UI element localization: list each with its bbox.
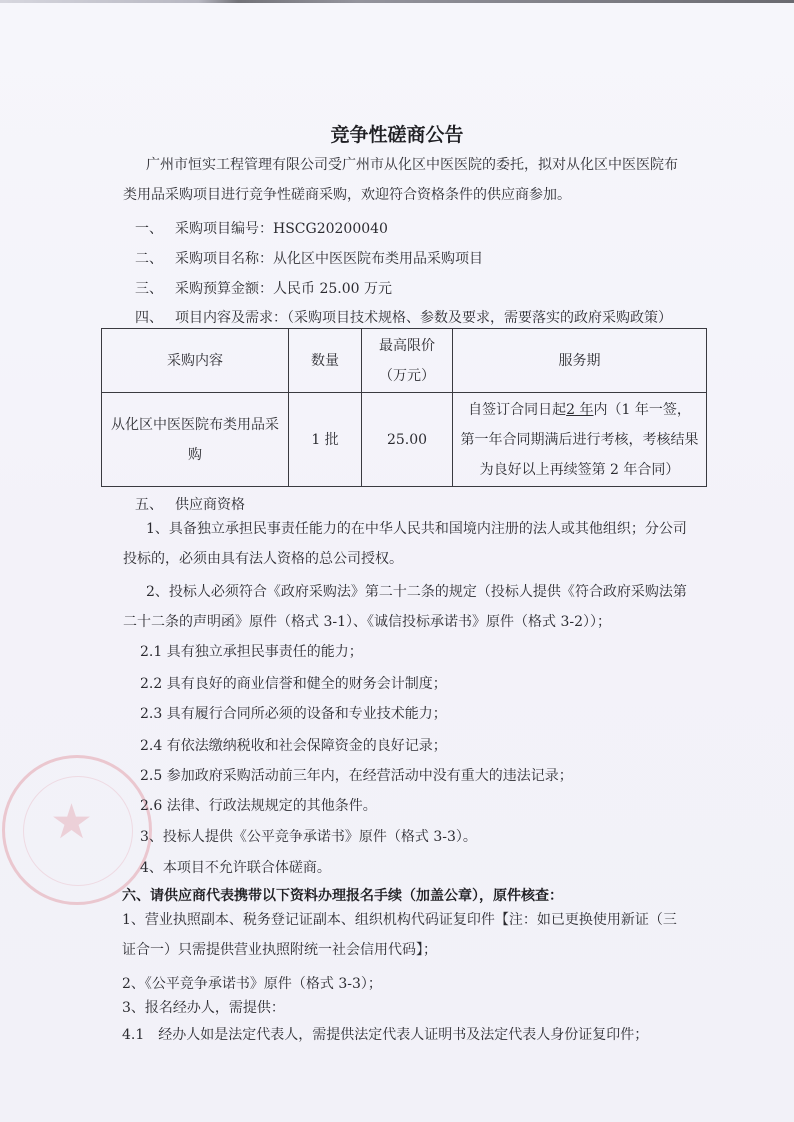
service-text-pre: 自签订合同日起: [468, 402, 566, 418]
section-text: 项目内容及需求：（采购项目技术规格、参数及要求，需要落实的政府采购政策）: [175, 310, 672, 326]
table-row: 从化区中医医院布类用品采 购 1 批 25.00 自签订合同日起2 年内（1 年…: [102, 393, 707, 487]
header-max-price-line1: 最高限价: [368, 331, 446, 361]
cell-service-line1: 自签订合同日起2 年内（1 年一签，: [459, 395, 700, 425]
qualification-item: 2.3 具有履行合同所必须的设备和专业技术能力；: [140, 706, 447, 722]
qualification-item: 2.2 具有良好的商业信誉和健全的财务会计制度；: [140, 676, 447, 692]
qualification-item: 2.5 参加政府采购活动前三年内，在经营活动中没有重大的违法记录；: [140, 768, 573, 784]
qualification-item: 2、投标人必须符合《政府采购法》第二十二条的规定（投标人提供《符合政府采购法第: [146, 584, 687, 600]
section-text: 采购项目编号：HSCG20200040: [175, 221, 388, 237]
qualification-item: 2.1 具有独立承担民事责任的能力；: [140, 644, 363, 660]
registration-item: 3、报名经办人，需提供：: [122, 1000, 285, 1016]
section-number: 一、: [135, 221, 175, 237]
header-max-price: 最高限价 （万元）: [362, 329, 453, 393]
cell-service-line2: 第一年合同期满后进行考核，考核结果: [459, 425, 700, 455]
section-number: 二、: [135, 251, 175, 267]
header-service-period: 服务期: [453, 329, 707, 393]
section-number: 四、: [135, 310, 175, 326]
scan-edge: [0, 0, 794, 3]
header-quantity: 数量: [289, 329, 362, 393]
seal-star-icon: ★: [50, 798, 93, 846]
cell-max-price: 25.00: [362, 393, 453, 487]
qualification-item: 2.6 法律、行政法规规定的其他条件。: [140, 798, 377, 814]
section-number: 五、: [135, 497, 175, 513]
section-4-requirements: 四、项目内容及需求：（采购项目技术规格、参数及要求，需要落实的政府采购政策）: [135, 310, 672, 326]
registration-item: 证合一）只需提供营业执照附统一社会信用代码】；: [122, 942, 437, 958]
intro-paragraph-line-1: 广州市恒实工程管理有限公司受广州市从化区中医医院的委托，拟对从化区中医医院布: [146, 157, 678, 173]
cell-content-line1: 从化区中医医院布类用品采: [108, 410, 282, 440]
procurement-table: 采购内容 数量 最高限价 （万元） 服务期 从化区中医医院布类用品采 购 1 批…: [101, 328, 707, 487]
cell-content: 从化区中医医院布类用品采 购: [102, 393, 289, 487]
header-max-price-line2: （万元）: [368, 361, 446, 391]
red-seal-stamp: ★: [2, 755, 152, 905]
service-text-underlined: 2 年: [566, 402, 593, 418]
section-3-budget: 三、采购预算金额：人民币 25.00 万元: [135, 281, 392, 297]
cell-content-line2: 购: [108, 440, 282, 470]
qualification-item: 1、具备独立承担民事责任能力的在中华人民共和国境内注册的法人或其他组织；分公司: [146, 521, 687, 537]
section-6-heading: 六、请供应商代表携带以下资料办理报名手续（加盖公章），原件核查：: [122, 888, 563, 904]
section-text: 采购项目名称：从化区中医医院布类用品采购项目: [175, 251, 483, 267]
document-title: 竞争性磋商公告: [0, 124, 794, 146]
intro-paragraph-line-2: 类用品采购项目进行竞争性磋商采购，欢迎符合资格条件的供应商参加。: [123, 187, 571, 203]
qualification-item: 4、本项目不允许联合体磋商。: [140, 860, 331, 876]
table-header-row: 采购内容 数量 最高限价 （万元） 服务期: [102, 329, 707, 393]
registration-item: 1、营业执照副本、税务登记证副本、组织机构代码证复印件【注：如已更换使用新证（三: [122, 912, 677, 928]
qualification-item: 投标的，必须由具有法人资格的总公司授权。: [123, 551, 403, 567]
section-1-project-number: 一、采购项目编号：HSCG20200040: [135, 221, 388, 237]
section-5-heading: 五、供应商资格: [135, 497, 245, 513]
cell-service-line3: 为良好以上再续签第 2 年合同）: [459, 455, 700, 485]
registration-item: 4.1 经办人如是法定代表人，需提供法定代表人证明书及法定代表人身份证复印件；: [122, 1027, 648, 1043]
cell-service-period: 自签订合同日起2 年内（1 年一签， 第一年合同期满后进行考核，考核结果 为良好…: [453, 393, 707, 487]
section-number: 三、: [135, 281, 175, 297]
service-text-post: 内（1 年一签，: [594, 402, 691, 418]
registration-item: 2、《公平竞争承诺书》原件（格式 3-3）；: [122, 976, 382, 992]
cell-quantity: 1 批: [289, 393, 362, 487]
qualification-item: 2.4 有依法缴纳税收和社会保障资金的良好记录；: [140, 738, 447, 754]
section-heading-text: 供应商资格: [175, 497, 245, 513]
section-text: 采购预算金额：人民币 25.00 万元: [175, 281, 392, 297]
header-content: 采购内容: [102, 329, 289, 393]
qualification-item: 二十二条的声明函》原件（格式 3-1）、《诚信投标承诺书》原件（格式 3-2））…: [123, 614, 611, 630]
scanned-page: ★ 竞争性磋商公告 广州市恒实工程管理有限公司受广州市从化区中医医院的委托，拟对…: [0, 0, 794, 1122]
section-2-project-name: 二、采购项目名称：从化区中医医院布类用品采购项目: [135, 251, 483, 267]
qualification-item: 3、投标人提供《公平竞争承诺书》原件（格式 3-3）。: [140, 829, 477, 845]
